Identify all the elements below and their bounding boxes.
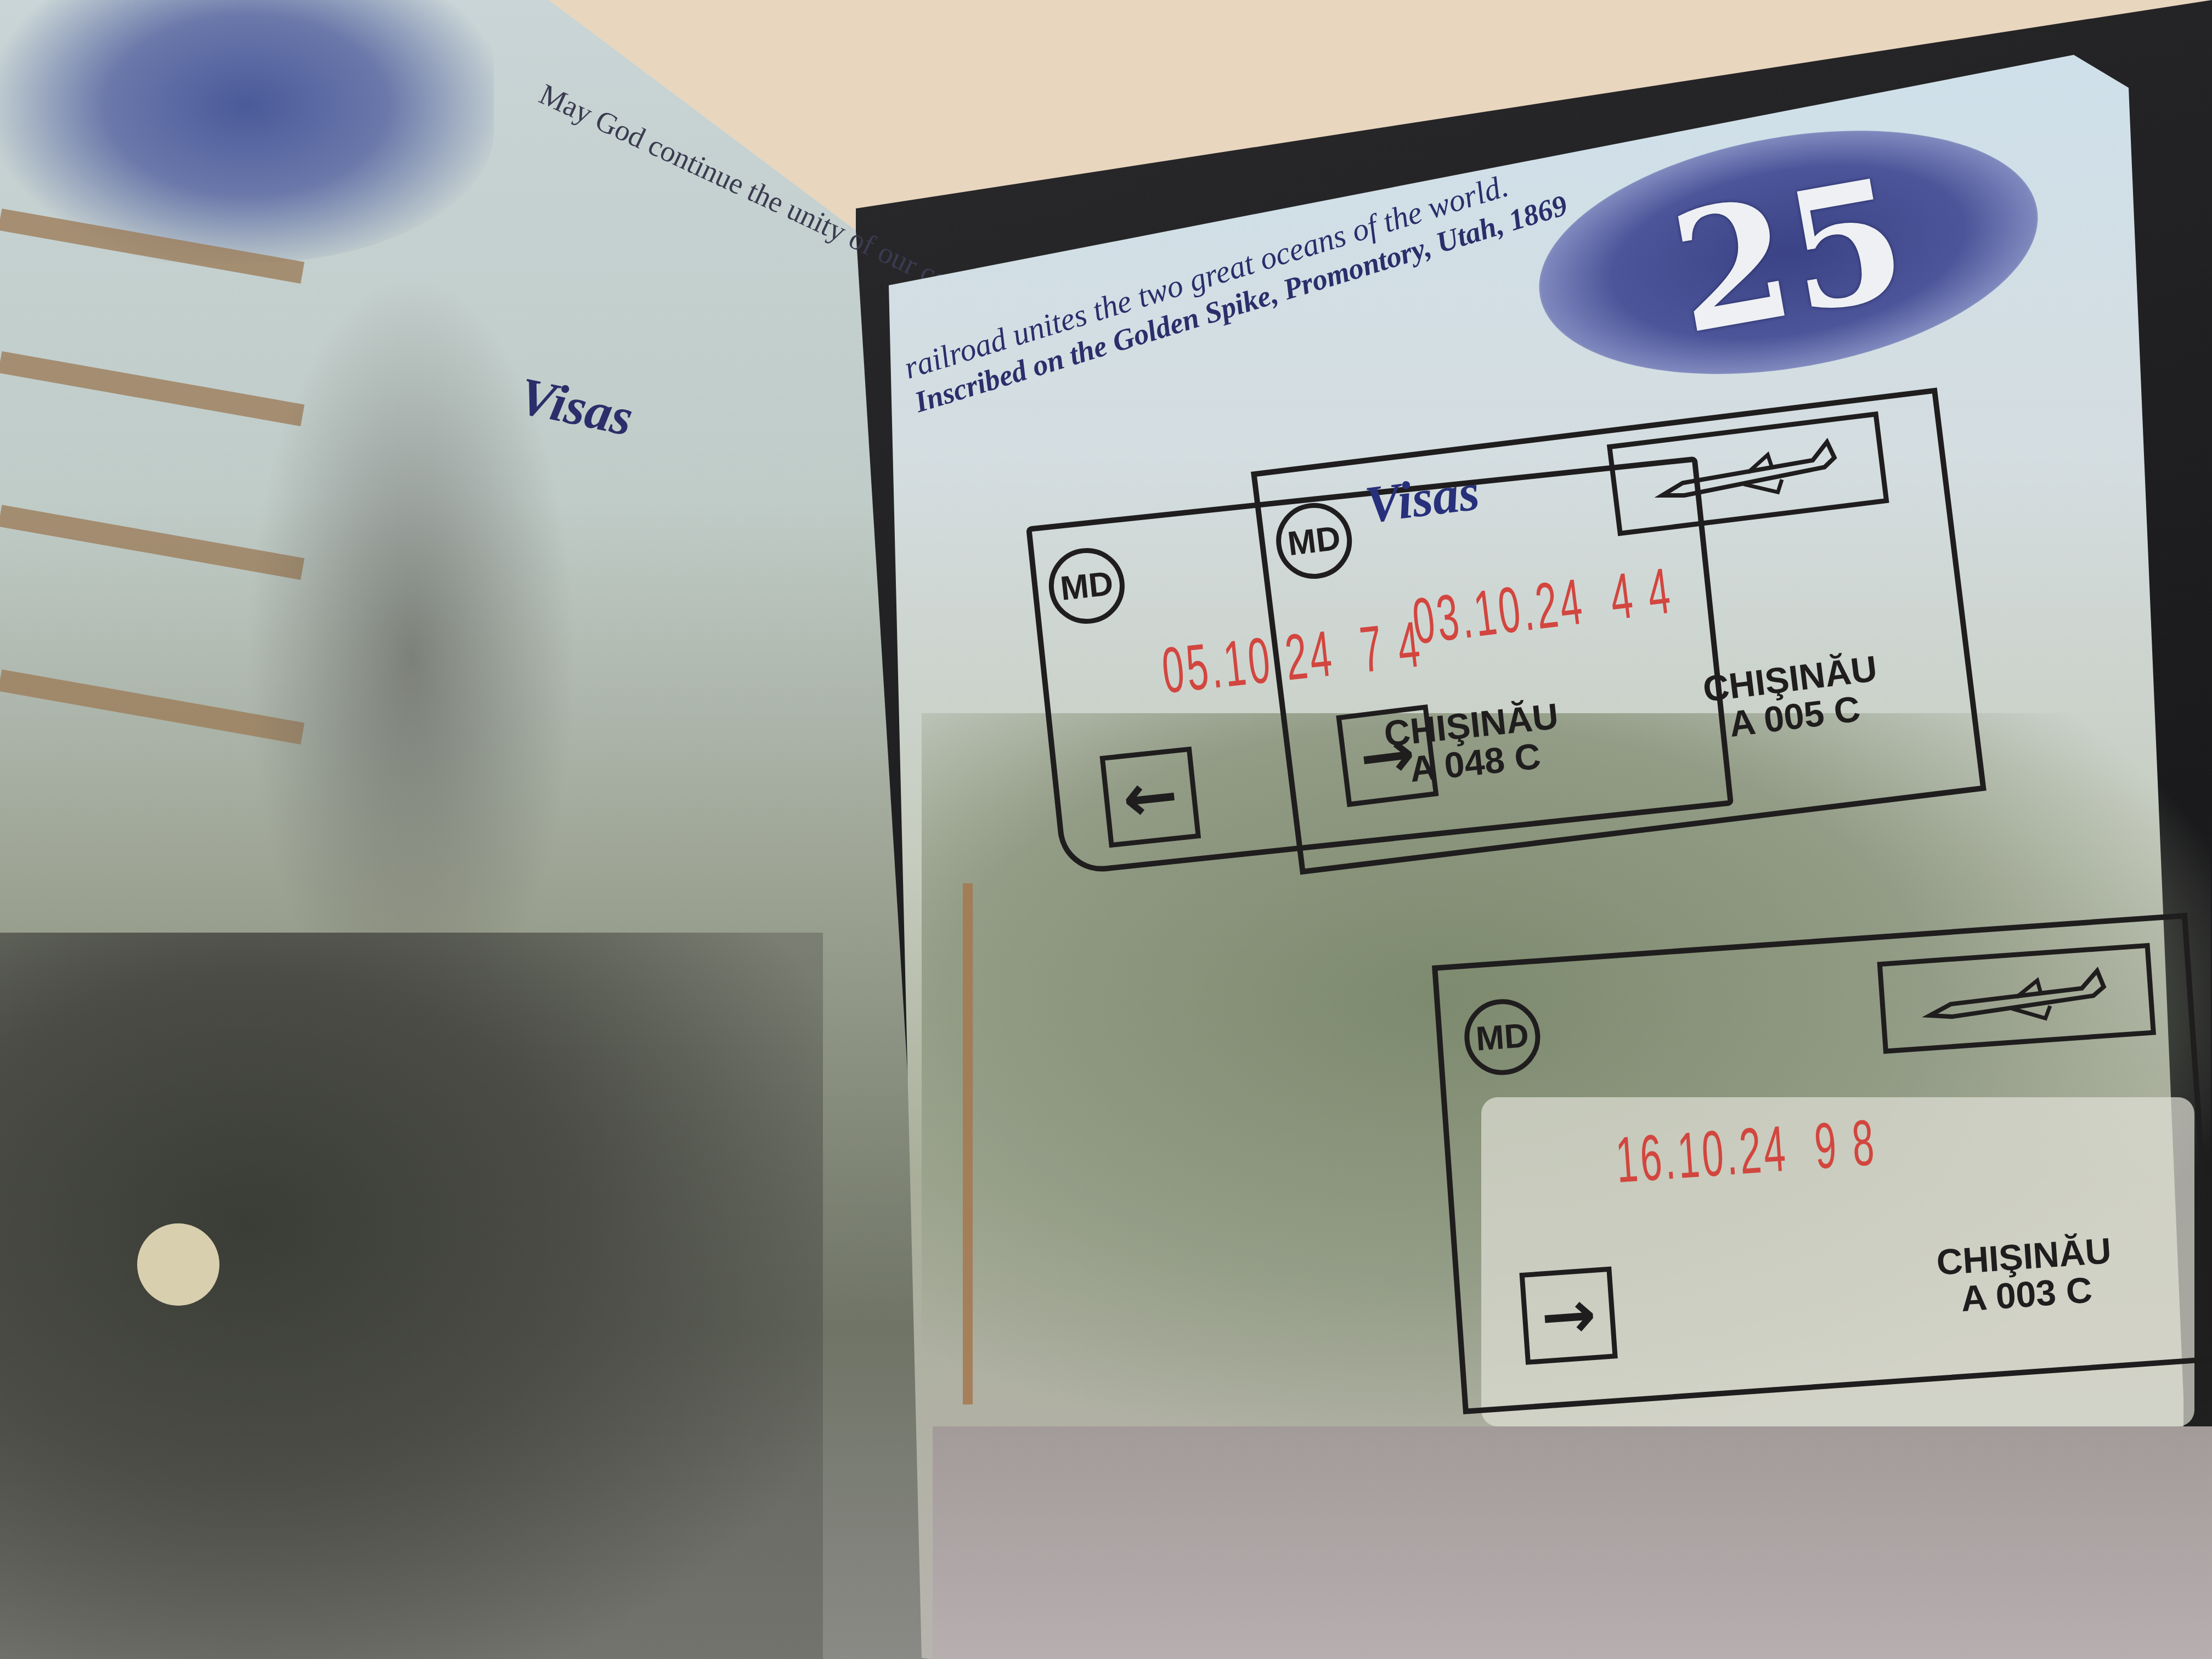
stamp-visas-label: Visas [1362,461,1482,535]
md-country-badge: MD [1272,499,1356,583]
md-country-badge: MD [1045,544,1128,628]
telegraph-pole-illustration [963,883,973,1404]
entry-arrow-icon: → [1519,1267,1617,1365]
stamp-time-digits: 9 8 [1812,1106,1879,1183]
stamp-time-digits: 4 4 [1606,555,1677,634]
stamp-date: 03.10.24 4 4 [1408,554,1677,659]
left-page [0,0,944,1659]
entry-stamp: MD 16.10.24 9 8 → CHIŞINĂU A 003 C [1432,913,2212,1414]
entry-arrow-icon: → [1336,704,1438,807]
airplane-icon [1607,411,1889,536]
locomotive-illustration [0,933,823,1659]
stamp-date: 16.10.24 9 8 [1613,1105,1879,1198]
stamp-place: CHIŞINĂU A 005 C [1701,650,1884,746]
exit-arrow-icon: ← [1099,747,1201,848]
stamp-place: CHIŞINĂU A 003 C [1936,1232,2115,1320]
ground-illustration [933,1426,2212,1659]
entry-stamp: MD Visas 03.10.24 4 4 → CHIŞINĂU A 005 C [1251,387,1987,874]
stamp-date-value: 03.10.24 [1409,565,1589,658]
airplane-icon [1877,943,2157,1054]
stamp-date-value: 16.10.24 [1613,1113,1790,1197]
md-country-badge: MD [1462,997,1543,1077]
locomotive-headlamp [137,1223,219,1306]
